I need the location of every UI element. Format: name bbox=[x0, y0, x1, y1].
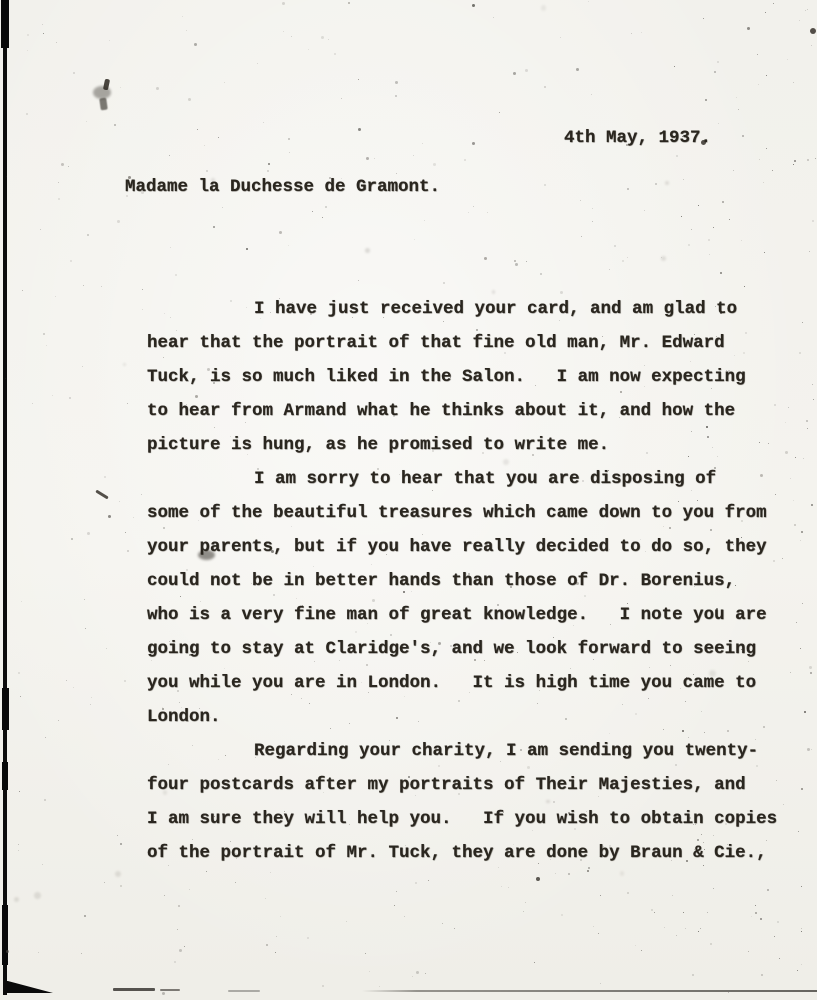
noise-speck bbox=[793, 164, 794, 165]
noise-speck bbox=[692, 974, 694, 976]
noise-speck bbox=[199, 708, 200, 709]
noise-speck bbox=[422, 143, 423, 144]
noise-speck bbox=[758, 84, 759, 85]
noise-speck bbox=[600, 983, 601, 984]
noise-speck bbox=[280, 916, 281, 917]
noise-speck bbox=[544, 86, 546, 88]
noise-speck bbox=[390, 634, 392, 636]
noise-speck bbox=[58, 182, 59, 183]
noise-speck bbox=[473, 206, 474, 207]
noise-speck bbox=[678, 501, 679, 502]
noise-speck bbox=[693, 674, 694, 675]
noise-speck bbox=[794, 524, 796, 526]
noise-speck bbox=[535, 385, 536, 386]
noise-speck bbox=[812, 220, 814, 222]
noise-speck bbox=[393, 415, 395, 417]
noise-speck bbox=[87, 234, 89, 236]
noise-speck bbox=[609, 733, 610, 734]
noise-speck bbox=[428, 880, 429, 881]
noise-speck bbox=[189, 889, 190, 890]
noise-speck bbox=[764, 252, 765, 253]
noise-speck bbox=[276, 936, 277, 937]
noise-speck bbox=[27, 34, 29, 36]
noise-speck bbox=[178, 905, 180, 907]
noise-speck bbox=[188, 98, 191, 101]
letter-line: Regarding your charity, I am sending you… bbox=[147, 734, 787, 768]
letter-line: Tuck, is so much liked in the Salon. I a… bbox=[147, 360, 787, 394]
noise-speck bbox=[246, 248, 248, 250]
noise-speck bbox=[777, 921, 779, 923]
letter-line: who is a very fine man of great knowledg… bbox=[147, 598, 787, 632]
noise-speck bbox=[640, 539, 641, 540]
noise-speck bbox=[788, 407, 789, 408]
noise-speck bbox=[432, 490, 433, 491]
noise-speck bbox=[86, 121, 87, 122]
noise-speck bbox=[302, 605, 303, 606]
noise-speck bbox=[635, 945, 636, 946]
noise-speck bbox=[654, 912, 655, 913]
noise-speck bbox=[710, 943, 712, 945]
noise-speck bbox=[574, 828, 576, 830]
noise-speck bbox=[773, 3, 774, 4]
noise-speck bbox=[774, 404, 776, 406]
noise-speck bbox=[117, 835, 118, 836]
noise-speck bbox=[622, 260, 624, 262]
noise-speck bbox=[179, 949, 182, 952]
noise-speck bbox=[799, 352, 801, 354]
noise-speck bbox=[785, 451, 788, 454]
noise-speck bbox=[377, 468, 379, 470]
noise-speck bbox=[413, 155, 414, 156]
noise-speck bbox=[330, 728, 331, 729]
noise-speck bbox=[289, 152, 290, 153]
noise-speck bbox=[207, 368, 210, 371]
noise-blotch bbox=[541, 5, 547, 11]
noise-speck bbox=[710, 529, 712, 531]
noise-speck bbox=[43, 33, 44, 34]
noise-speck bbox=[688, 456, 689, 457]
noise-speck bbox=[807, 428, 808, 429]
noise-speck bbox=[70, 260, 72, 262]
noise-speck bbox=[674, 66, 675, 67]
noise-blotch bbox=[313, 478, 317, 482]
noise-speck bbox=[742, 135, 744, 137]
noise-speck bbox=[610, 624, 611, 625]
noise-speck bbox=[810, 672, 812, 674]
noise-speck bbox=[809, 251, 810, 252]
noise-speck bbox=[73, 72, 75, 74]
noise-speck bbox=[358, 79, 359, 80]
noise-speck bbox=[813, 399, 814, 400]
noise-blotch bbox=[123, 363, 126, 366]
noise-speck bbox=[468, 212, 469, 213]
noise-speck bbox=[424, 220, 425, 221]
noise-speck bbox=[125, 532, 126, 533]
noise-speck bbox=[194, 43, 197, 46]
letter-line: some of the beautiful treasures which ca… bbox=[147, 496, 787, 530]
letter-line: could not be in better hands than those … bbox=[147, 564, 787, 598]
noise-speck bbox=[744, 286, 745, 287]
noise-speck bbox=[22, 290, 23, 291]
noise-speck bbox=[745, 332, 747, 334]
noise-speck bbox=[170, 247, 171, 248]
noise-speck bbox=[774, 936, 775, 937]
noise-speck bbox=[235, 882, 236, 883]
noise-speck bbox=[728, 370, 730, 372]
noise-speck bbox=[620, 391, 622, 393]
noise-speck bbox=[184, 946, 185, 947]
noise-speck bbox=[698, 931, 699, 932]
noise-speck bbox=[61, 163, 64, 166]
noise-speck bbox=[811, 749, 812, 750]
noise-blotch bbox=[503, 459, 509, 465]
noise-speck bbox=[245, 422, 246, 423]
noise-speck bbox=[805, 10, 806, 11]
noise-speck bbox=[365, 953, 366, 954]
noise-speck bbox=[559, 320, 560, 321]
noise-speck bbox=[591, 94, 592, 95]
noise-speck bbox=[487, 212, 488, 213]
noise-speck bbox=[768, 443, 769, 444]
ink-speck bbox=[810, 28, 816, 34]
noise-speck bbox=[614, 245, 616, 247]
noise-speck bbox=[532, 830, 533, 831]
noise-speck bbox=[68, 166, 69, 167]
noise-speck bbox=[90, 704, 91, 705]
noise-speck bbox=[42, 24, 43, 25]
noise-speck bbox=[291, 36, 292, 37]
ink-speck bbox=[536, 877, 540, 881]
noise-speck bbox=[288, 245, 289, 246]
noise-speck bbox=[714, 71, 716, 73]
noise-speck bbox=[175, 274, 177, 276]
noise-speck bbox=[501, 886, 502, 887]
noise-speck bbox=[371, 564, 372, 565]
noise-speck bbox=[109, 40, 110, 41]
noise-speck bbox=[787, 59, 788, 60]
noise-speck bbox=[765, 12, 766, 13]
noise-speck bbox=[27, 50, 28, 51]
noise-speck bbox=[127, 550, 129, 552]
noise-speck bbox=[142, 289, 143, 290]
noise-speck bbox=[141, 191, 144, 194]
noise-speck bbox=[776, 780, 777, 781]
noise-speck bbox=[757, 54, 758, 55]
noise-speck bbox=[396, 173, 397, 174]
noise-speck bbox=[701, 834, 702, 835]
noise-speck bbox=[18, 672, 20, 674]
noise-speck bbox=[694, 334, 695, 335]
noise-speck bbox=[101, 286, 102, 287]
noise-speck bbox=[252, 542, 254, 544]
noise-speck bbox=[683, 912, 684, 913]
noise-speck bbox=[772, 170, 773, 171]
noise-speck bbox=[273, 594, 275, 596]
noise-blotch bbox=[665, 181, 669, 185]
noise-speck bbox=[119, 501, 120, 502]
letter-line: of the portrait of Mr. Tuck, they are do… bbox=[147, 836, 787, 870]
noise-speck bbox=[800, 540, 801, 541]
noise-speck bbox=[690, 749, 691, 750]
noise-speck bbox=[691, 229, 692, 230]
noise-speck bbox=[729, 219, 730, 220]
noise-speck bbox=[727, 730, 729, 732]
noise-speck bbox=[425, 973, 426, 974]
noise-speck bbox=[69, 397, 71, 399]
noise-speck bbox=[371, 649, 372, 650]
noise-speck bbox=[44, 799, 46, 801]
noise-blotch bbox=[492, 290, 496, 294]
noise-speck bbox=[210, 717, 211, 718]
noise-speck bbox=[600, 895, 601, 896]
noise-speck bbox=[681, 216, 682, 217]
noise-speck bbox=[235, 346, 236, 347]
noise-speck bbox=[411, 591, 412, 592]
noise-speck bbox=[763, 182, 764, 183]
noise-speck bbox=[532, 454, 534, 456]
noise-speck bbox=[174, 961, 176, 963]
noise-speck bbox=[71, 538, 73, 540]
noise-speck bbox=[141, 494, 142, 495]
noise-speck bbox=[800, 648, 801, 649]
noise-speck bbox=[580, 859, 582, 861]
noise-speck bbox=[698, 205, 699, 206]
noise-speck bbox=[707, 912, 708, 913]
noise-speck bbox=[164, 895, 165, 896]
noise-speck bbox=[801, 886, 802, 887]
noise-speck bbox=[339, 660, 340, 661]
noise-speck bbox=[682, 136, 683, 137]
noise-blotch bbox=[14, 897, 19, 902]
noise-speck bbox=[307, 937, 309, 939]
noise-speck bbox=[346, 921, 347, 922]
noise-speck bbox=[246, 307, 247, 308]
noise-speck bbox=[504, 352, 506, 354]
noise-speck bbox=[627, 892, 629, 894]
noise-speck bbox=[472, 142, 475, 145]
noise-speck bbox=[741, 649, 742, 650]
noise-speck bbox=[322, 217, 323, 218]
noise-speck bbox=[609, 269, 610, 270]
noise-speck bbox=[727, 844, 728, 845]
noise-speck bbox=[680, 688, 681, 689]
noise-speck bbox=[186, 569, 188, 571]
noise-speck bbox=[20, 696, 21, 697]
noise-speck bbox=[292, 302, 293, 303]
noise-speck bbox=[43, 333, 45, 335]
noise-speck bbox=[801, 928, 802, 929]
noise-speck bbox=[186, 30, 187, 31]
noise-speck bbox=[725, 823, 727, 825]
noise-speck bbox=[374, 158, 375, 159]
noise-speck bbox=[709, 254, 710, 255]
noise-speck bbox=[766, 840, 767, 841]
noise-speck bbox=[6, 176, 7, 177]
noise-speck bbox=[751, 916, 752, 917]
noise-speck bbox=[82, 366, 83, 367]
noise-speck bbox=[804, 711, 806, 713]
noise-speck bbox=[707, 436, 709, 438]
noise-speck bbox=[288, 138, 290, 140]
noise-speck bbox=[366, 157, 369, 160]
noise-speck bbox=[720, 272, 722, 274]
noise-speck bbox=[206, 170, 208, 172]
noise-speck bbox=[713, 227, 714, 228]
noise-speck bbox=[767, 889, 769, 891]
noise-speck bbox=[716, 608, 718, 610]
noise-speck bbox=[127, 403, 128, 404]
noise-speck bbox=[645, 307, 646, 308]
noise-speck bbox=[275, 952, 276, 953]
noise-speck bbox=[573, 625, 574, 626]
noise-speck bbox=[484, 257, 487, 260]
noise-speck bbox=[450, 645, 452, 647]
noise-speck bbox=[701, 711, 702, 712]
noise-speck bbox=[498, 867, 499, 868]
noise-speck bbox=[213, 582, 214, 583]
noise-speck bbox=[469, 692, 470, 693]
noise-speck bbox=[718, 123, 719, 124]
noise-speck bbox=[672, 895, 673, 896]
noise-speck bbox=[186, 404, 187, 405]
noise-speck bbox=[627, 188, 629, 190]
noise-speck bbox=[766, 75, 767, 76]
noise-speck bbox=[567, 410, 568, 411]
scan-edge-left bbox=[3, 0, 7, 995]
noise-speck bbox=[587, 870, 589, 872]
noise-speck bbox=[279, 231, 282, 234]
noise-speck bbox=[91, 697, 92, 698]
noise-speck bbox=[561, 914, 563, 916]
letter-line: London. bbox=[147, 700, 787, 734]
noise-speck bbox=[513, 72, 516, 75]
noise-speck bbox=[705, 99, 707, 101]
noise-speck bbox=[325, 206, 327, 208]
noise-speck bbox=[120, 885, 122, 887]
noise-speck bbox=[213, 226, 215, 228]
noise-speck bbox=[213, 382, 215, 384]
noise-blotch bbox=[620, 871, 624, 875]
noise-speck bbox=[395, 748, 396, 749]
letter-line: I am sure they will help you. If you wis… bbox=[147, 802, 787, 836]
noise-speck bbox=[708, 239, 710, 241]
noise-speck bbox=[799, 20, 800, 21]
letter-line: you while you are in London. It is high … bbox=[147, 666, 787, 700]
noise-speck bbox=[523, 911, 524, 912]
noise-speck bbox=[807, 748, 810, 751]
noise-speck bbox=[395, 95, 397, 97]
noise-speck bbox=[308, 49, 309, 50]
noise-speck bbox=[73, 687, 74, 688]
letter-line: to hear from Armand what he thinks about… bbox=[147, 394, 787, 428]
noise-speck bbox=[795, 457, 796, 458]
noise-speck bbox=[688, 737, 689, 738]
noise-speck bbox=[493, 17, 494, 18]
noise-speck bbox=[560, 291, 563, 294]
noise-speck bbox=[691, 490, 692, 491]
noise-speck bbox=[736, 97, 737, 98]
noise-speck bbox=[276, 816, 277, 817]
noise-speck bbox=[322, 985, 324, 987]
noise-speck bbox=[802, 322, 803, 323]
noise-speck bbox=[463, 510, 465, 512]
noise-speck bbox=[796, 622, 797, 623]
noise-speck bbox=[807, 9, 808, 10]
noise-speck bbox=[222, 207, 223, 208]
noise-speck bbox=[508, 887, 509, 888]
scan-edge-blob bbox=[2, 688, 9, 730]
noise-speck bbox=[266, 944, 268, 946]
noise-speck bbox=[236, 858, 237, 859]
noise-speck bbox=[169, 155, 170, 156]
noise-speck bbox=[120, 87, 121, 88]
noise-speck bbox=[395, 81, 398, 84]
noise-speck bbox=[329, 177, 331, 179]
scanned-letter-page: 4th May, 1937. Madame la Duchesse de Gra… bbox=[0, 0, 817, 1000]
noise-speck bbox=[204, 145, 205, 146]
noise-speck bbox=[166, 339, 167, 340]
noise-speck bbox=[584, 595, 586, 597]
noise-speck bbox=[793, 500, 794, 501]
noise-speck bbox=[722, 201, 724, 203]
noise-speck bbox=[592, 208, 593, 209]
noise-speck bbox=[396, 891, 397, 892]
noise-speck bbox=[790, 478, 791, 479]
noise-speck bbox=[412, 976, 413, 977]
noise-speck bbox=[230, 841, 231, 842]
noise-speck bbox=[45, 737, 46, 738]
noise-speck bbox=[801, 788, 803, 790]
noise-speck bbox=[156, 87, 159, 90]
noise-blotch bbox=[365, 248, 370, 253]
noise-speck bbox=[128, 176, 131, 179]
noise-speck bbox=[580, 200, 581, 201]
noise-speck bbox=[404, 916, 405, 917]
noise-speck bbox=[752, 547, 754, 549]
noise-speck bbox=[595, 475, 596, 476]
noise-speck bbox=[641, 32, 642, 33]
noise-speck bbox=[694, 586, 695, 587]
noise-speck bbox=[6, 424, 7, 425]
noise-speck bbox=[675, 764, 677, 766]
stray-pen-tick bbox=[95, 490, 108, 500]
noise-speck bbox=[588, 1, 589, 2]
noise-speck bbox=[38, 952, 39, 953]
noise-speck bbox=[554, 616, 556, 618]
noise-speck bbox=[454, 928, 455, 929]
noise-speck bbox=[655, 183, 657, 185]
noise-speck bbox=[81, 953, 82, 954]
noise-speck bbox=[42, 864, 43, 865]
noise-speck bbox=[499, 112, 500, 113]
noise-speck bbox=[803, 458, 804, 459]
noise-speck bbox=[124, 680, 126, 682]
noise-speck bbox=[713, 888, 714, 889]
noise-speck bbox=[83, 285, 84, 286]
noise-blotch bbox=[546, 800, 550, 804]
noise-speck bbox=[218, 759, 219, 760]
letter-line: picture is hung, as he promised to write… bbox=[147, 428, 787, 462]
noise-speck bbox=[133, 517, 134, 518]
noise-speck bbox=[257, 63, 258, 64]
noise-speck bbox=[472, 4, 475, 7]
noise-speck bbox=[334, 53, 336, 55]
noise-speck bbox=[560, 37, 561, 38]
noise-speck bbox=[598, 933, 599, 934]
noise-speck bbox=[748, 951, 749, 952]
scan-corner-wedge bbox=[5, 981, 53, 993]
scan-bottom-dash bbox=[113, 988, 155, 991]
